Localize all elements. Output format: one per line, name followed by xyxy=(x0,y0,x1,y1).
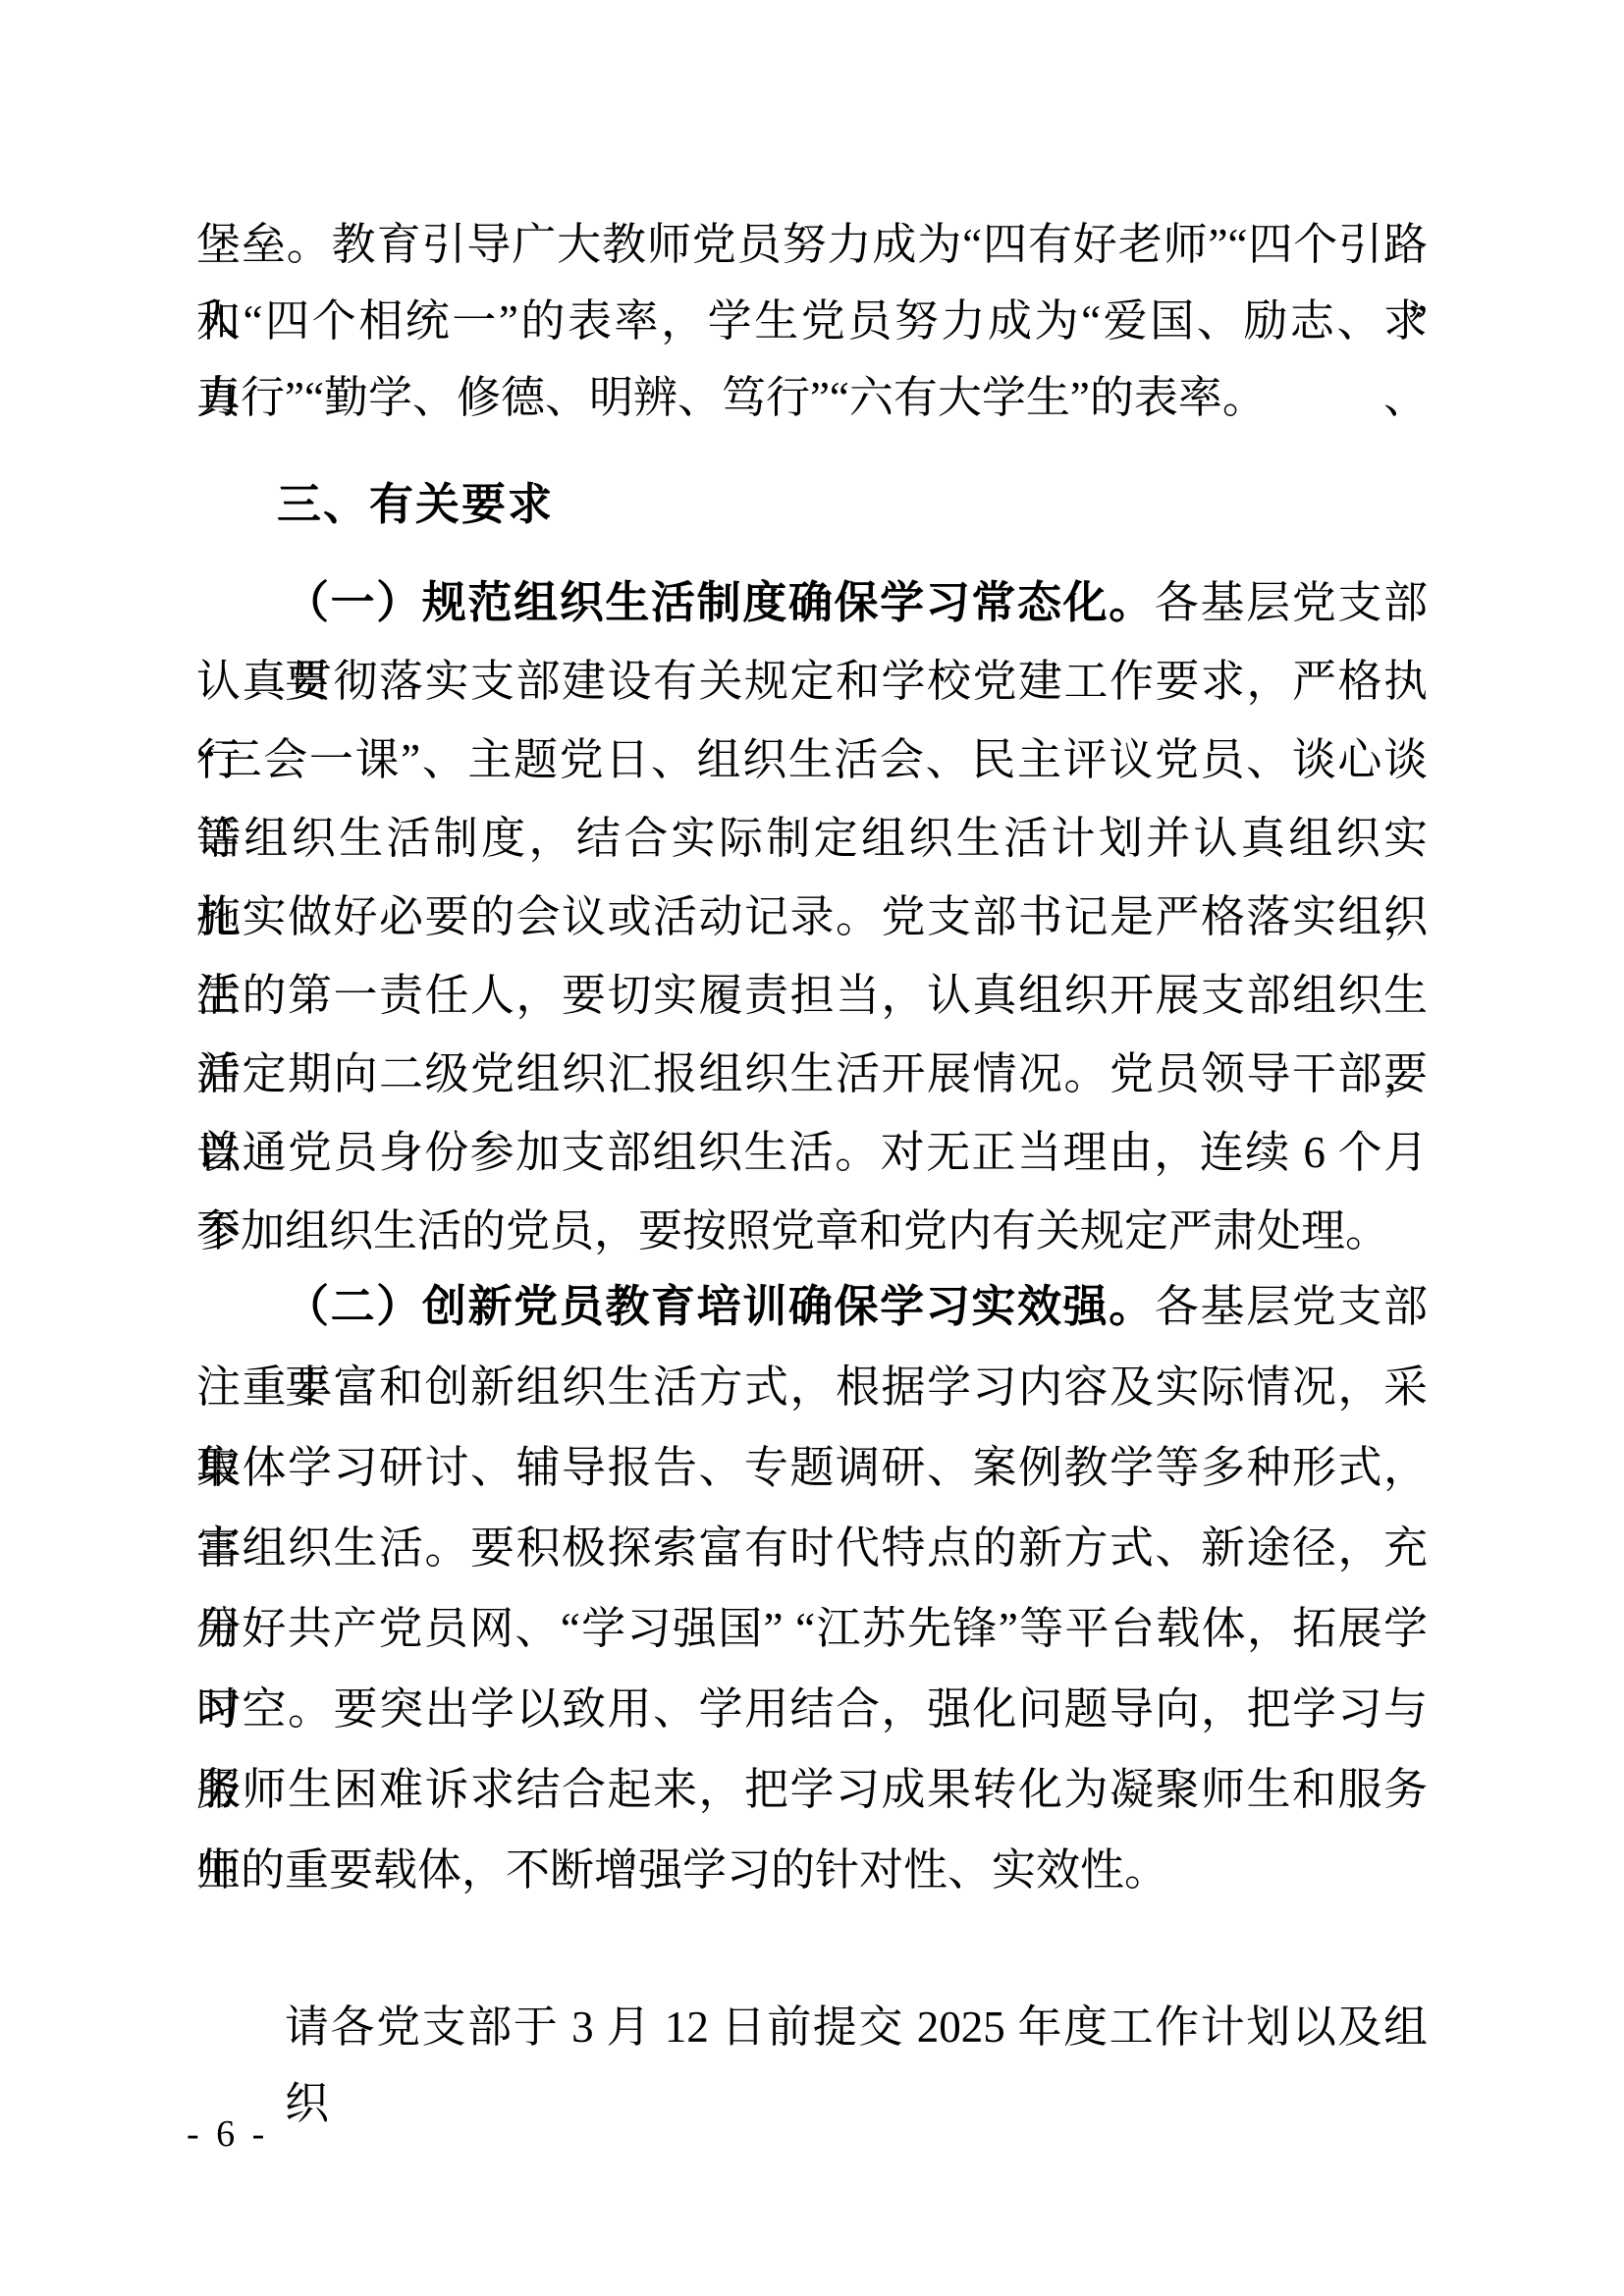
document-page: 堡垒。教育引导广大教师党员努力成为“四有好老师”“四个引路人” 和“四个相统一”… xyxy=(0,0,1624,2296)
subsection-2-lead: （二）创新党员教育培训确保学习实效强。 xyxy=(285,1282,1155,1331)
paragraph-3-line-3: 集体学习研讨、辅导报告、专题调研、案例教学等多种形式，丰 xyxy=(196,1427,1428,1508)
paragraph-1-line-2: 和“四个相统一”的表率，学生党员努力成为“爱国、励志、求真、 xyxy=(196,283,1428,359)
paragraph-3-line-7: 务师生困难诉求结合起来，把学习成果转化为凝聚师生和服务师 xyxy=(196,1749,1428,1830)
paragraph-2: （一）规范组织生活制度确保学习常态化。各基层党支部要 认真贯彻落实支部建设有关规… xyxy=(196,563,1428,1270)
subsection-1-lead: （一）规范组织生活制度确保学习常态化。 xyxy=(285,578,1155,627)
paragraph-3-line-6: 时空。要突出学以致用、学用结合，强化问题导向，把学习与服 xyxy=(196,1669,1428,1749)
paragraph-2-line-4: 等组织生活制度，结合实际制定组织生活计划并认真组织实施， xyxy=(196,799,1428,878)
paragraph-4-line-1: 请各党支部于 3 月 12 日前提交 2025 年度工作计划以及组织 xyxy=(196,1989,1428,2065)
paragraph-3-line-8: 生的重要载体，不断增强学习的针对性、实效性。 xyxy=(196,1830,1428,1910)
paragraph-2-line-8: 普通党员身份参加支部组织生活。对无正当理由，连续 6 个月不 xyxy=(196,1113,1428,1192)
paragraph-2-line-6: 活的第一责任人，要切实履责担当，认真组织开展支部组织生活， xyxy=(196,956,1428,1035)
paragraph-1: 堡垒。教育引导广大教师党员努力成为“四有好老师”“四个引路人” 和“四个相统一”… xyxy=(196,206,1428,436)
paragraph-3-line-5: 用好共产党员网、“学习强国” “江苏先锋”等平台载体，拓展学习 xyxy=(196,1588,1428,1669)
paragraph-2-line-3: “三会一课”、主题党日、组织生活会、民主评议党员、谈心谈话 xyxy=(196,721,1428,799)
page-number: - 6 - xyxy=(187,2110,268,2158)
paragraph-2-line-9: 参加组织生活的党员，要按照党章和党内有关规定严肃处理。 xyxy=(196,1192,1428,1270)
paragraph-4: 请各党支部于 3 月 12 日前提交 2025 年度工作计划以及组织 xyxy=(196,1989,1428,2065)
paragraph-3-line-2: 注重丰富和创新组织生活方式，根据学习内容及实际情况，采取 xyxy=(196,1347,1428,1427)
paragraph-2-line-2: 认真贯彻落实支部建设有关规定和学校党建工作要求，严格执行 xyxy=(196,642,1428,721)
paragraph-3-line-1: （二）创新党员教育培训确保学习实效强。各基层党支部要 xyxy=(196,1266,1428,1347)
paragraph-2-line-1: （一）规范组织生活制度确保学习常态化。各基层党支部要 xyxy=(196,563,1428,642)
paragraph-3: （二）创新党员教育培训确保学习实效强。各基层党支部要 注重丰富和创新组织生活方式… xyxy=(196,1266,1428,1910)
paragraph-3-line-4: 富组织生活。要积极探索富有时代特点的新方式、新途径，充分 xyxy=(196,1508,1428,1588)
paragraph-2-line-7: 并定期向二级党组织汇报组织生活开展情况。党员领导干部要以 xyxy=(196,1035,1428,1113)
paragraph-1-line-3: 力行”“勤学、修德、明辨、笃行”“六有大学生”的表率。 xyxy=(196,359,1428,436)
paragraph-2-line-5: 扎实做好必要的会议或活动记录。党支部书记是严格落实组织生 xyxy=(196,878,1428,956)
paragraph-1-line-1: 堡垒。教育引导广大教师党员努力成为“四有好老师”“四个引路人” xyxy=(196,206,1428,283)
section-heading: 三、有关要求 xyxy=(196,466,1508,543)
